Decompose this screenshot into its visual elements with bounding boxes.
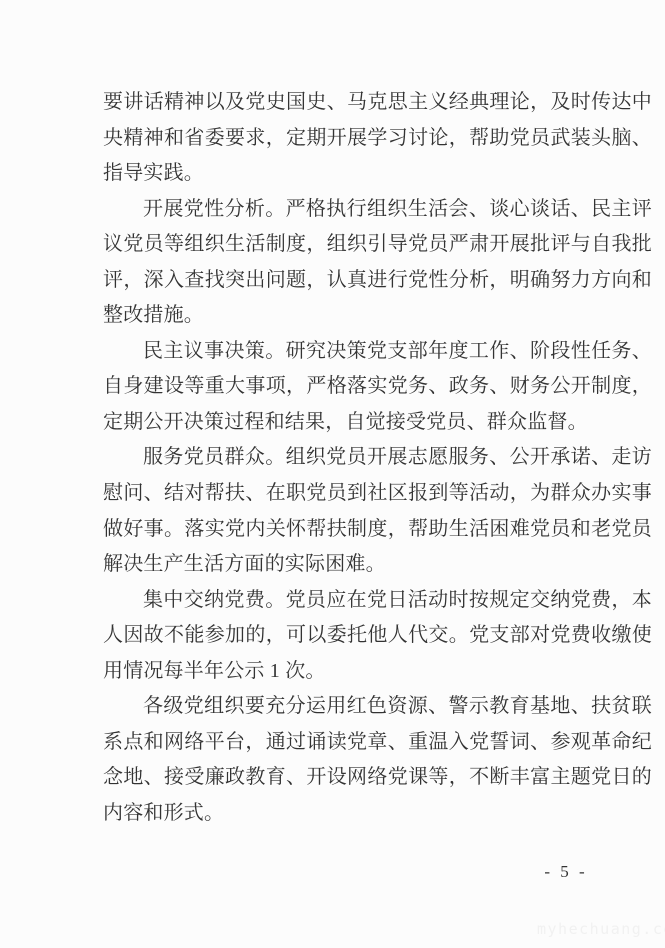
paragraph: 要讲话精神以及党史国史、马克思主义经典理论，及时传达中央精神和省委要求，定期开展…	[103, 85, 652, 192]
text-line: 议党员等组织生活制度，组织引导党员严肃开展批评与自我批	[103, 227, 652, 263]
text-line: 慰问、结对帮扶、在职党员到社区报到等活动，为群众办实事	[103, 476, 652, 512]
paragraph: 集中交纳党费。党员应在党日活动时按规定交纳党费，本人因故不能参加的，可以委托他人…	[103, 583, 652, 690]
page-number: - 5 -	[538, 862, 594, 882]
text-line: 内容和形式。	[103, 796, 652, 832]
paragraph: 开展党性分析。严格执行组织生活会、谈心谈话、民主评议党员等组织生活制度，组织引导…	[103, 192, 652, 334]
text-line: 集中交纳党费。党员应在党日活动时按规定交纳党费，本	[103, 583, 652, 619]
text-line: 指导实践。	[103, 156, 652, 192]
text-line: 评，深入查找突出问题，认真进行党性分析，明确努力方向和	[103, 263, 652, 299]
text-line: 整改措施。	[103, 298, 652, 334]
text-line: 要讲话精神以及党史国史、马克思主义经典理论，及时传达中	[103, 85, 652, 121]
document-page: 要讲话精神以及党史国史、马克思主义经典理论，及时传达中央精神和省委要求，定期开展…	[0, 0, 665, 948]
text-line: 人因故不能参加的，可以委托他人代交。党支部对党费收缴使	[103, 618, 652, 654]
text-line: 各级党组织要充分运用红色资源、警示教育基地、扶贫联	[103, 689, 652, 725]
paragraph: 各级党组织要充分运用红色资源、警示教育基地、扶贫联系点和网络平台，通过诵读党章、…	[103, 689, 652, 831]
text-line: 民主议事决策。研究决策党支部年度工作、阶段性任务、	[103, 334, 652, 370]
text-line: 自身建设等重大事项，严格落实党务、政务、财务公开制度，	[103, 369, 652, 405]
text-block: 要讲话精神以及党史国史、马克思主义经典理论，及时传达中央精神和省委要求，定期开展…	[103, 85, 652, 831]
text-line: 解决生产生活方面的实际困难。	[103, 547, 652, 583]
text-line: 定期公开决策过程和结果，自觉接受党员、群众监督。	[103, 405, 652, 441]
watermark: myhechuang.com	[537, 920, 665, 938]
paragraph: 服务党员群众。组织党员开展志愿服务、公开承诺、走访慰问、结对帮扶、在职党员到社区…	[103, 440, 652, 582]
text-line: 念地、接受廉政教育、开设网络党课等，不断丰富主题党日的	[103, 760, 652, 796]
text-line: 开展党性分析。严格执行组织生活会、谈心谈话、民主评	[103, 192, 652, 228]
text-line: 系点和网络平台，通过诵读党章、重温入党誓词、参观革命纪	[103, 725, 652, 761]
text-line: 央精神和省委要求，定期开展学习讨论，帮助党员武装头脑、	[103, 121, 652, 157]
paragraph: 民主议事决策。研究决策党支部年度工作、阶段性任务、自身建设等重大事项，严格落实党…	[103, 334, 652, 441]
text-line: 做好事。落实党内关怀帮扶制度，帮助生活困难党员和老党员	[103, 512, 652, 548]
text-line: 用情况每半年公示 1 次。	[103, 654, 652, 690]
text-line: 服务党员群众。组织党员开展志愿服务、公开承诺、走访	[103, 440, 652, 476]
